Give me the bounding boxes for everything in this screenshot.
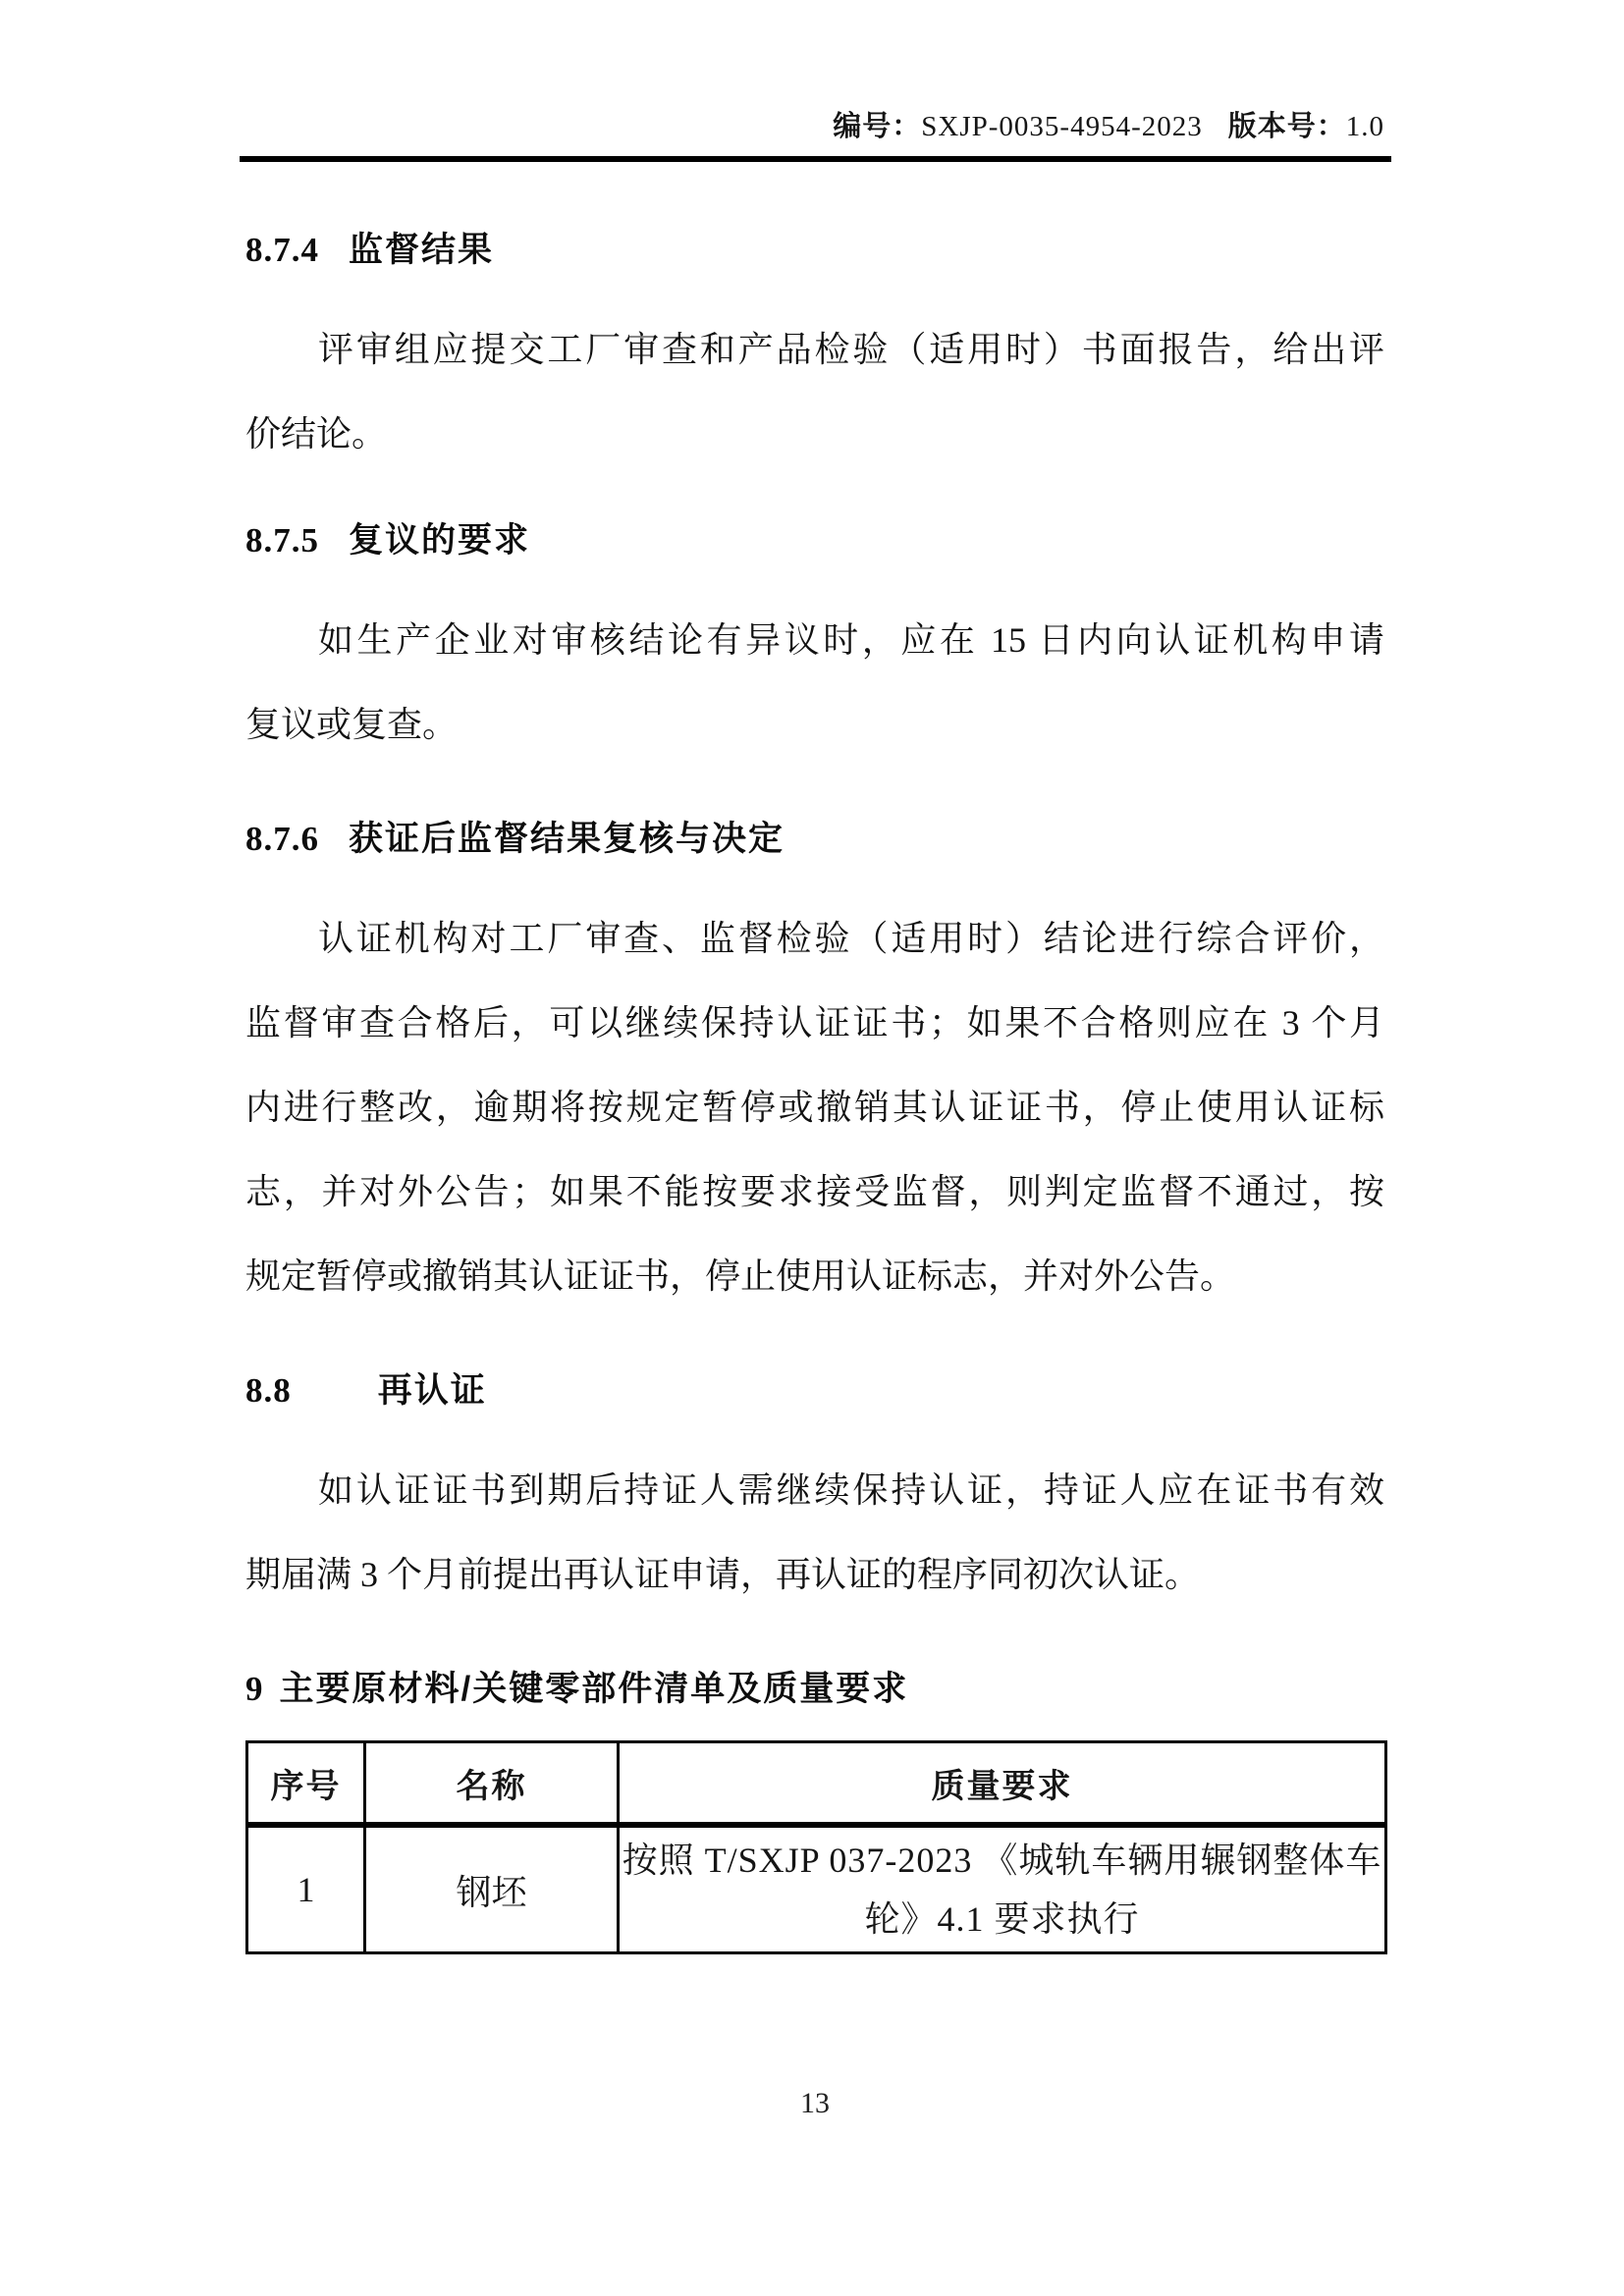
heading-number: 8.8 [245, 1371, 292, 1410]
heading-title: 复议的要求 [349, 521, 530, 560]
text-line: 规定暂停或撤销其认证证书，停止使用认证标志，并对外公告。 [245, 1234, 1384, 1318]
col-header-no: 序号 [247, 1742, 365, 1826]
paragraph-8-7-5: 如生产企业对审核结论有异议时，应在 15 日内向认证机构申请复议或复查。 [245, 598, 1384, 767]
version-label: 版本号： [1228, 111, 1346, 142]
text-line: 评审组应提交工厂审查和产品检验（适用时）书面报告，给出评 [245, 307, 1384, 392]
heading-title: 再认证 [378, 1371, 487, 1410]
text-line: 如生产企业对审核结论有异议时，应在 15 日内向认证机构申请 [245, 598, 1384, 682]
text-line: 复议或复查。 [245, 682, 1384, 767]
col-header-requirement: 质量要求 [619, 1742, 1386, 1826]
section-heading-8-7-5: 8.7.5复议的要求 [245, 519, 1384, 562]
text-line: 如认证证书到期后持证人需继续保持认证，持证人应在证书有效 [245, 1448, 1384, 1532]
heading-title: 监督结果 [349, 231, 494, 269]
text-line: 监督审查合格后，可以继续保持认证证书；如果不合格则应在 3 个月 [245, 981, 1384, 1065]
doc-number-value: SXJP-0035-4954-2023 [921, 111, 1202, 142]
heading-title: 主要原材料/关键零部件清单及质量要求 [280, 1670, 909, 1708]
cell-no: 1 [247, 1825, 365, 1953]
cell-requirement: 按照 T/SXJP 037-2023 《城轨车辆用辗钢整体车轮》4.1 要求执行 [619, 1825, 1386, 1953]
text-line: 内进行整改，逾期将按规定暂停或撤销其认证证书，停止使用认证标 [245, 1065, 1384, 1149]
table-header-row: 序号 名称 质量要求 [247, 1742, 1386, 1826]
text-line: 轮》4.1 要求执行 [620, 1890, 1384, 1949]
col-header-name: 名称 [365, 1742, 619, 1826]
heading-title: 获证后监督结果复核与决定 [349, 820, 785, 858]
paragraph-8-7-4: 评审组应提交工厂审查和产品检验（适用时）书面报告，给出评价结论。 [245, 307, 1384, 476]
paragraph-8-7-6: 认证机构对工厂审查、监督检验（适用时）结论进行综合评价，监督审查合格后，可以继续… [245, 896, 1384, 1318]
text-line: 志，并对外公告；如果不能按要求接受监督，则判定监督不通过，按 [245, 1149, 1384, 1234]
heading-number: 8.7.5 [245, 521, 319, 560]
heading-number: 9 [245, 1670, 264, 1708]
text-line: 价结论。 [245, 392, 1384, 476]
section-heading-8-8: 8.8再认证 [245, 1369, 1384, 1413]
paragraph-8-8: 如认证证书到期后持证人需继续保持认证，持证人应在证书有效期届满 3 个月前提出再… [245, 1448, 1384, 1617]
materials-table: 序号 名称 质量要求 1 钢坯 按照 T/SXJP 037-2023 《城轨车辆… [245, 1740, 1387, 1954]
table-row: 1 钢坯 按照 T/SXJP 037-2023 《城轨车辆用辗钢整体车轮》4.1… [247, 1825, 1386, 1953]
section-heading-8-7-6: 8.7.6获证后监督结果复核与决定 [245, 818, 1384, 861]
section-heading-9: 9主要原材料/关键零部件清单及质量要求 [245, 1668, 1384, 1711]
cell-name: 钢坯 [365, 1825, 619, 1953]
doc-number-label: 编号： [833, 111, 921, 142]
page-content: 编号：SXJP-0035-4954-2023版本号：1.0 8.7.4监督结果 … [245, 0, 1384, 1954]
text-line: 认证机构对工厂审查、监督检验（适用时）结论进行综合评价， [245, 896, 1384, 981]
version-value: 1.0 [1346, 111, 1384, 142]
section-heading-8-7-4: 8.7.4监督结果 [245, 229, 1384, 272]
header-rule [240, 156, 1391, 162]
text-line: 按照 T/SXJP 037-2023 《城轨车辆用辗钢整体车 [620, 1831, 1384, 1890]
heading-number: 8.7.4 [245, 231, 319, 269]
document-header: 编号：SXJP-0035-4954-2023版本号：1.0 [245, 0, 1384, 144]
page-number: 13 [245, 2087, 1384, 2120]
document-page: 编号：SXJP-0035-4954-2023版本号：1.0 8.7.4监督结果 … [0, 0, 1624, 2296]
text-line: 期届满 3 个月前提出再认证申请，再认证的程序同初次认证。 [245, 1532, 1384, 1617]
heading-number: 8.7.6 [245, 820, 319, 858]
